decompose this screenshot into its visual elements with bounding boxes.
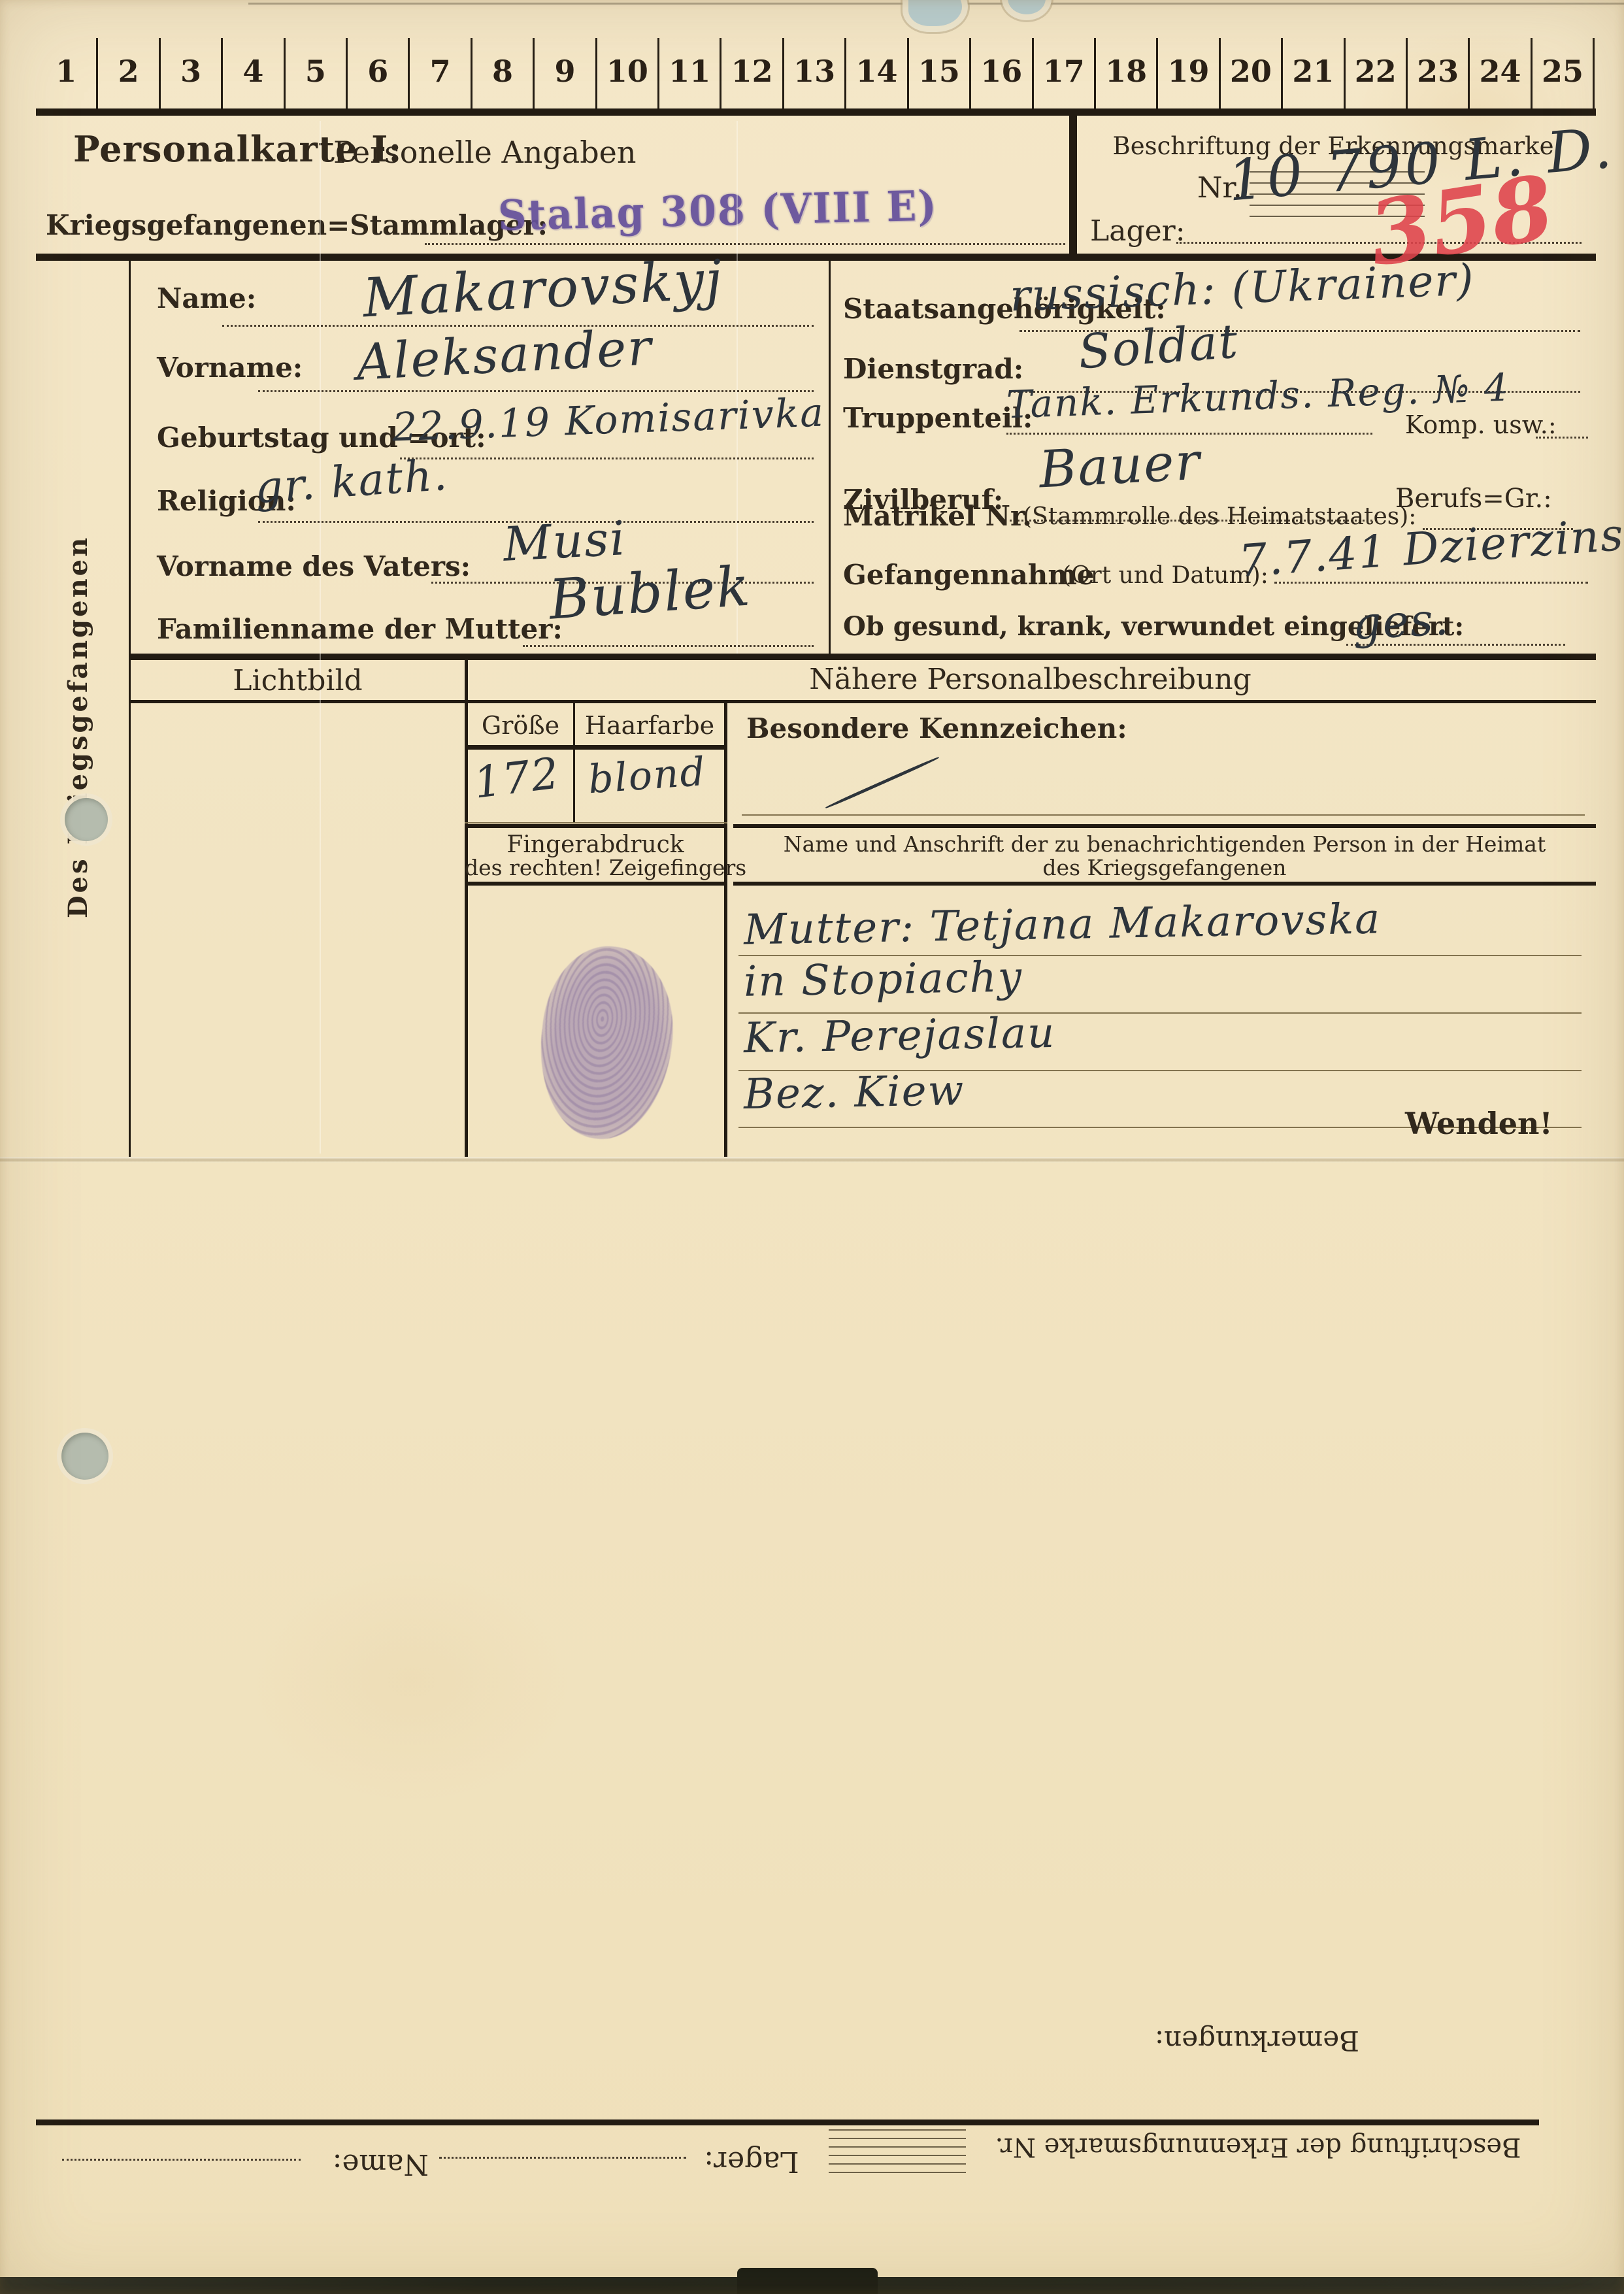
- vorname-value: Aleksander: [355, 318, 654, 391]
- komp-dotted-line: [1536, 437, 1588, 439]
- ruler-cell: 11: [659, 38, 721, 108]
- ruler-cell: 2: [98, 38, 160, 108]
- mutter-label: Familienname der Mutter:: [157, 613, 563, 645]
- back-name-label: Name:: [345, 2148, 429, 2181]
- paper-tear: [908, 0, 962, 26]
- mutter-dotted-line: [523, 645, 814, 647]
- berufsgr-label: Berufs=Gr.:: [1395, 484, 1552, 514]
- fingerprint-header-rule-top: [465, 824, 727, 828]
- ruler-cell: 10: [597, 38, 659, 108]
- pow-card-scan: 1 2 3 4 5 6 7 8 9 10 11 12 13 14 15 16 1…: [0, 0, 1624, 2294]
- description-title: Nähere Personalbeschreibung: [465, 663, 1596, 696]
- ruler-cell: 17: [1034, 38, 1096, 108]
- header-divider: [1069, 116, 1077, 261]
- fold-crease: [0, 1157, 1624, 1163]
- matrikel-sublabel: (Stammrolle des Heimatstaates):: [1023, 503, 1416, 530]
- ruler-cell: 1: [36, 38, 98, 108]
- gefangennahme-label: Gefangennahme: [843, 559, 1094, 591]
- bottom-scan-notch: [737, 2268, 878, 2294]
- religion-value: gr. kath.: [254, 450, 450, 513]
- fingerprint-header-rule-bottom: [465, 882, 727, 886]
- groesse-label: Größe: [468, 711, 573, 740]
- ruler-cell: 14: [846, 38, 908, 108]
- ruler-cell: 21: [1283, 38, 1345, 108]
- kennzeichen-slash-mark: [825, 756, 940, 810]
- fields-divider: [829, 261, 831, 654]
- ruler-cell: 4: [223, 38, 285, 108]
- back-ruled-lines: [829, 2129, 966, 2179]
- geburtstag-value: 22.9.19 Komisarivka: [391, 390, 825, 450]
- vorname-dotted-line: [258, 390, 814, 392]
- back-tag-caption: Beschriftung der Erkennungsmarke Nr.: [977, 2132, 1539, 2162]
- kennzeichen-label: Besondere Kennzeichen:: [746, 712, 1127, 744]
- paper-stain: [248, 1555, 575, 1804]
- camp-label: Kriegsgefangenen=Stammlager:: [46, 209, 548, 241]
- ruler-cell: 23: [1408, 38, 1470, 108]
- truppenteil-label: Truppenteil:: [843, 402, 1033, 434]
- back-rule: [36, 2119, 1539, 2125]
- contact-line3: Kr. Perejaslau: [743, 1009, 1056, 1063]
- ruler-cell: 9: [535, 38, 597, 108]
- contact-line1: Mutter: Tetjana Makarovska: [743, 895, 1381, 954]
- back-lager-label: Lager:: [703, 2145, 801, 2178]
- horizontal-rule: [36, 108, 1596, 116]
- name-value: Makarovskyj: [361, 249, 725, 330]
- haarfarbe-value: blond: [587, 749, 708, 803]
- punch-hole: [65, 798, 108, 841]
- ruler-cell: 13: [784, 38, 846, 108]
- back-name-dotted-line: [62, 2159, 301, 2161]
- ruler-cell: 7: [410, 38, 472, 108]
- gefangennahme-dotted-line: [1274, 582, 1588, 584]
- vorname-label: Vorname:: [157, 352, 303, 384]
- zivilberuf-value: Bauer: [1038, 433, 1202, 500]
- geburtstag-dotted-line: [400, 457, 814, 459]
- ruler-cell: 20: [1221, 38, 1283, 108]
- camp-dotted-line: [425, 243, 1065, 245]
- ruler-cell: 22: [1346, 38, 1408, 108]
- gefangennahme-sublabel: (Ort und Datum):: [1062, 562, 1268, 589]
- contact-header-line2: des Kriegsgefangenen: [733, 855, 1596, 880]
- fingerprint: [531, 940, 682, 1145]
- ruler-cell: 3: [161, 38, 223, 108]
- vater-label: Vorname des Vaters:: [157, 550, 471, 582]
- ruler-cell: 25: [1533, 38, 1595, 108]
- ruler-cell: 16: [971, 38, 1033, 108]
- paper-tear: [1008, 0, 1046, 14]
- horizontal-rule: [129, 654, 1596, 660]
- ruler-cell: 18: [1096, 38, 1158, 108]
- fingerprint-label-line2: des rechten! Zeigefingers: [465, 855, 726, 880]
- fingerprint-label-line1: Fingerabdruck: [465, 831, 726, 858]
- contact-header-line1: Name und Anschrift der zu benachrichtige…: [733, 831, 1596, 857]
- ruler-cell: 8: [472, 38, 535, 108]
- ruler-cell: 6: [348, 38, 410, 108]
- komp-label: Komp. usw.:: [1405, 410, 1557, 439]
- name-label: Name:: [157, 282, 256, 314]
- ruler-cell: 5: [286, 38, 348, 108]
- ruler-cell: 24: [1470, 38, 1532, 108]
- ruler-cell: 12: [721, 38, 784, 108]
- groesse-underline: [465, 822, 727, 823]
- contact-line4: Bez. Kiew: [743, 1067, 965, 1119]
- photo-label: Lichtbild: [131, 664, 465, 697]
- vater-value: Musi: [502, 510, 627, 572]
- photo-box: [131, 703, 465, 1157]
- groesse-table-rule: [465, 745, 727, 750]
- matrikel-label: Matrikel Nr.: [843, 500, 1032, 532]
- tag-lager-label: Lager:: [1090, 214, 1185, 248]
- turn-note: Wenden!: [1405, 1106, 1553, 1141]
- dienstgrad-value: Soldat: [1076, 314, 1240, 380]
- punch-hole: [61, 1433, 108, 1480]
- staat-value: russisch: (Ukrainer): [1009, 255, 1476, 322]
- groesse-value: 172: [471, 748, 563, 808]
- contact-header-rule-top: [733, 824, 1596, 828]
- fingerprint-column-divider: [724, 703, 727, 1157]
- back-lager-dotted-line: [439, 2157, 686, 2159]
- gesund-value: ges.: [1351, 593, 1451, 650]
- card-subtitle: Personelle Angaben: [333, 135, 637, 170]
- kennzeichen-underline: [742, 814, 1585, 816]
- number-ruler: 1 2 3 4 5 6 7 8 9 10 11 12 13 14 15 16 1…: [36, 38, 1595, 108]
- remarks-label: Bemerkungen:: [1157, 2025, 1359, 2057]
- camp-stamp: Stalag 308 (VIII E): [497, 182, 938, 240]
- sidebar-vertical-label: Des Kriegsgefangenen: [63, 487, 93, 918]
- ruler-cell: 19: [1158, 38, 1220, 108]
- haarfarbe-label: Haarfarbe: [575, 711, 724, 740]
- dienstgrad-label: Dienstgrad:: [843, 353, 1023, 385]
- mutter-value: Bublek: [547, 554, 753, 631]
- ruler-cell: 15: [909, 38, 971, 108]
- contact-header-rule-bottom: [733, 882, 1596, 886]
- contact-line2: in Stopiachy: [743, 953, 1023, 1006]
